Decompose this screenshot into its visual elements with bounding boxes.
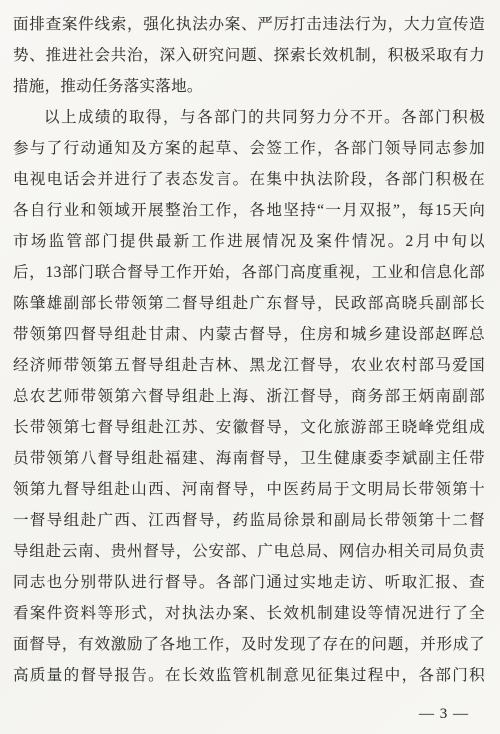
text-line: 势、推进社会共治，深入研究问题、探索长效机制，积极采取有力 — [13, 40, 485, 71]
text-line: 面督导，有效激励了各地工作，及时发现了存在的问题，并形成了 — [13, 629, 485, 660]
text-line: 经济师带领第五督导组赴吉林、黑龙江督导，农业农村部马爱国 — [13, 350, 485, 381]
text-line: 高质量的督导报告。在长效监管机制意见征集过程中，各部门积 — [13, 660, 485, 691]
body-text: 面排查案件线索，强化执法办案、严厉打击违法行为，大力宣传造势、推进社会共治，深入… — [0, 0, 500, 691]
page-number: — 3 — — [419, 706, 469, 723]
text-line: 参与了行动通知及方案的起草、会签工作，各部门领导同志参加 — [13, 133, 485, 164]
text-line: 带领第四督导组赴甘肃、内蒙古督导，住房和城乡建设部赵晖总 — [13, 319, 485, 350]
text-line: 市场监管部门提供最新工作进展情况及案件情况。2月中旬以 — [13, 226, 485, 257]
text-line: 看案件资料等形式，对执法办案、长效机制建设等情况进行了全 — [13, 598, 485, 629]
text-line: 一督导组赴广西、江西督导，药监局徐景和副局长带领第十二督 — [13, 505, 485, 536]
text-line: 电视电话会并进行了表态发言。在集中执法阶段，各部门积极在 — [13, 164, 485, 195]
text-line: 陈肇雄副部长带领第二督导组赴广东督导，民政部高晓兵副部长 — [13, 288, 485, 319]
text-line: 员带领第八督导组赴福建、海南督导，卫生健康委李斌副主任带 — [13, 443, 485, 474]
text-line: 面排查案件线索，强化执法办案、严厉打击违法行为，大力宣传造 — [13, 9, 485, 40]
text-line: 导组赴云南、贵州督导，公安部、广电总局、网信办相关司局负责 — [13, 536, 485, 567]
text-line: 长带领第七督导组赴江苏、安徽督导，文化旅游部王晓峰党组成 — [13, 412, 485, 443]
text-line: 后，13部门联合督导工作开始，各部门高度重视，工业和信息化部 — [13, 257, 485, 288]
text-line: 以上成绩的取得，与各部门的共同努力分不开。各部门积极 — [13, 102, 485, 133]
text-line: 同志也分别带队进行督导。各部门通过实地走访、听取汇报、查 — [13, 567, 485, 598]
text-line: 总农艺师带领第六督导组赴上海、浙江督导，商务部王炳南副部 — [13, 381, 485, 412]
text-line: 领第九督导组赴山西、河南督导，中医药局于文明局长带领第十 — [13, 474, 485, 505]
text-line: 措施，推动任务落实落地。 — [13, 71, 485, 102]
text-line: 各自行业和领域开展整治工作，各地坚持“一月双报”，每15天向 — [13, 195, 485, 226]
document-page: 面排查案件线索，强化执法办案、严厉打击违法行为，大力宣传造势、推进社会共治，深入… — [0, 0, 500, 734]
